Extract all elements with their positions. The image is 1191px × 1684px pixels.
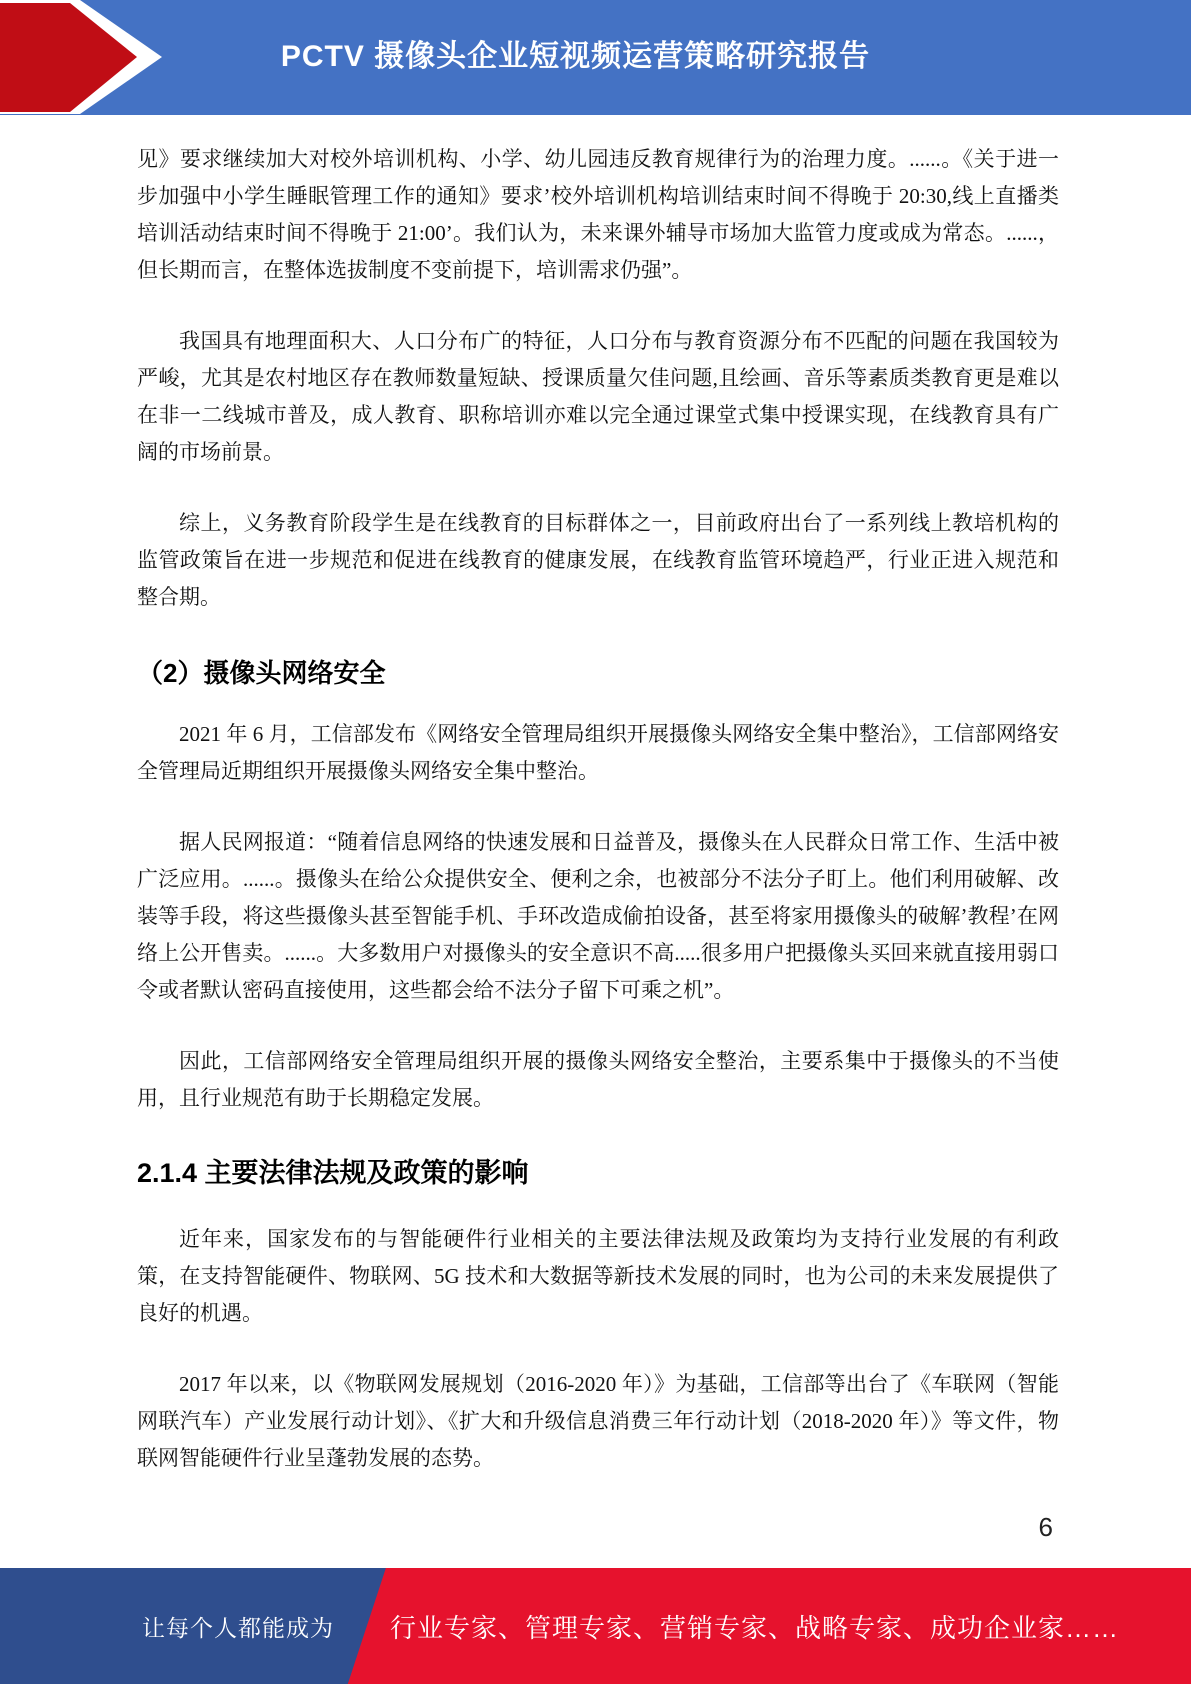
footer-banner: 让每个人都能成为 行业专家、管理专家、营销专家、战略专家、成功企业家…… bbox=[0, 1568, 1191, 1684]
heading-2-1-4-laws-policies: 2.1.4 主要法律法规及政策的影响 bbox=[137, 1155, 1059, 1191]
paragraph-summary-regulation: 综上，义务教育阶段学生是在线教育的目标群体之一，目前政府出台了一系列线上教培机构… bbox=[137, 505, 1059, 616]
paragraph-geography-education: 我国具有地理面积大、人口分布广的特征，人口分布与教育资源分布不匹配的问题在我国较… bbox=[137, 323, 1059, 471]
footer-slogan-right: 行业专家、管理专家、营销专家、战略专家、成功企业家…… bbox=[390, 1568, 1119, 1684]
report-page: PCTV 摄像头企业短视频运营策略研究报告 见》要求继续加大对校外培训机构、小学… bbox=[0, 0, 1191, 1684]
paragraph-miit-notice: 2021 年 6 月，工信部发布《网络安全管理局组织开展摄像头网络安全集中整治》… bbox=[137, 716, 1059, 790]
heading-camera-network-security: （2）摄像头网络安全 bbox=[137, 656, 1059, 690]
report-title: PCTV 摄像头企业短视频运营策略研究报告 bbox=[0, 0, 1191, 106]
paragraph-iot-plans: 2017 年以来，以《物联网发展规划（2016-2020 年）》为基础，工信部等… bbox=[137, 1366, 1059, 1477]
paragraph-rectification-conclusion: 因此，工信部网络安全管理局组织开展的摄像头网络安全整治，主要系集中于摄像头的不当… bbox=[137, 1043, 1059, 1117]
footer-slogan-left: 让每个人都能成为 bbox=[142, 1568, 334, 1684]
document-body: 见》要求继续加大对校外培训机构、小学、幼儿园违反教育规律行为的治理力度。....… bbox=[137, 115, 1059, 1477]
paragraph-peoples-daily-quote: 据人民网报道：“随着信息网络的快速发展和日益普及，摄像头在人民群众日常工作、生活… bbox=[137, 824, 1059, 1009]
paragraph-continuation: 见》要求继续加大对校外培训机构、小学、幼儿园违反教育规律行为的治理力度。....… bbox=[137, 141, 1059, 289]
report-header-banner: PCTV 摄像头企业短视频运营策略研究报告 bbox=[0, 0, 1191, 115]
paragraph-favorable-policies: 近年来，国家发布的与智能硬件行业相关的主要法律法规及政策均为支持行业发展的有利政… bbox=[137, 1221, 1059, 1332]
page-number: 6 bbox=[1039, 1512, 1053, 1543]
